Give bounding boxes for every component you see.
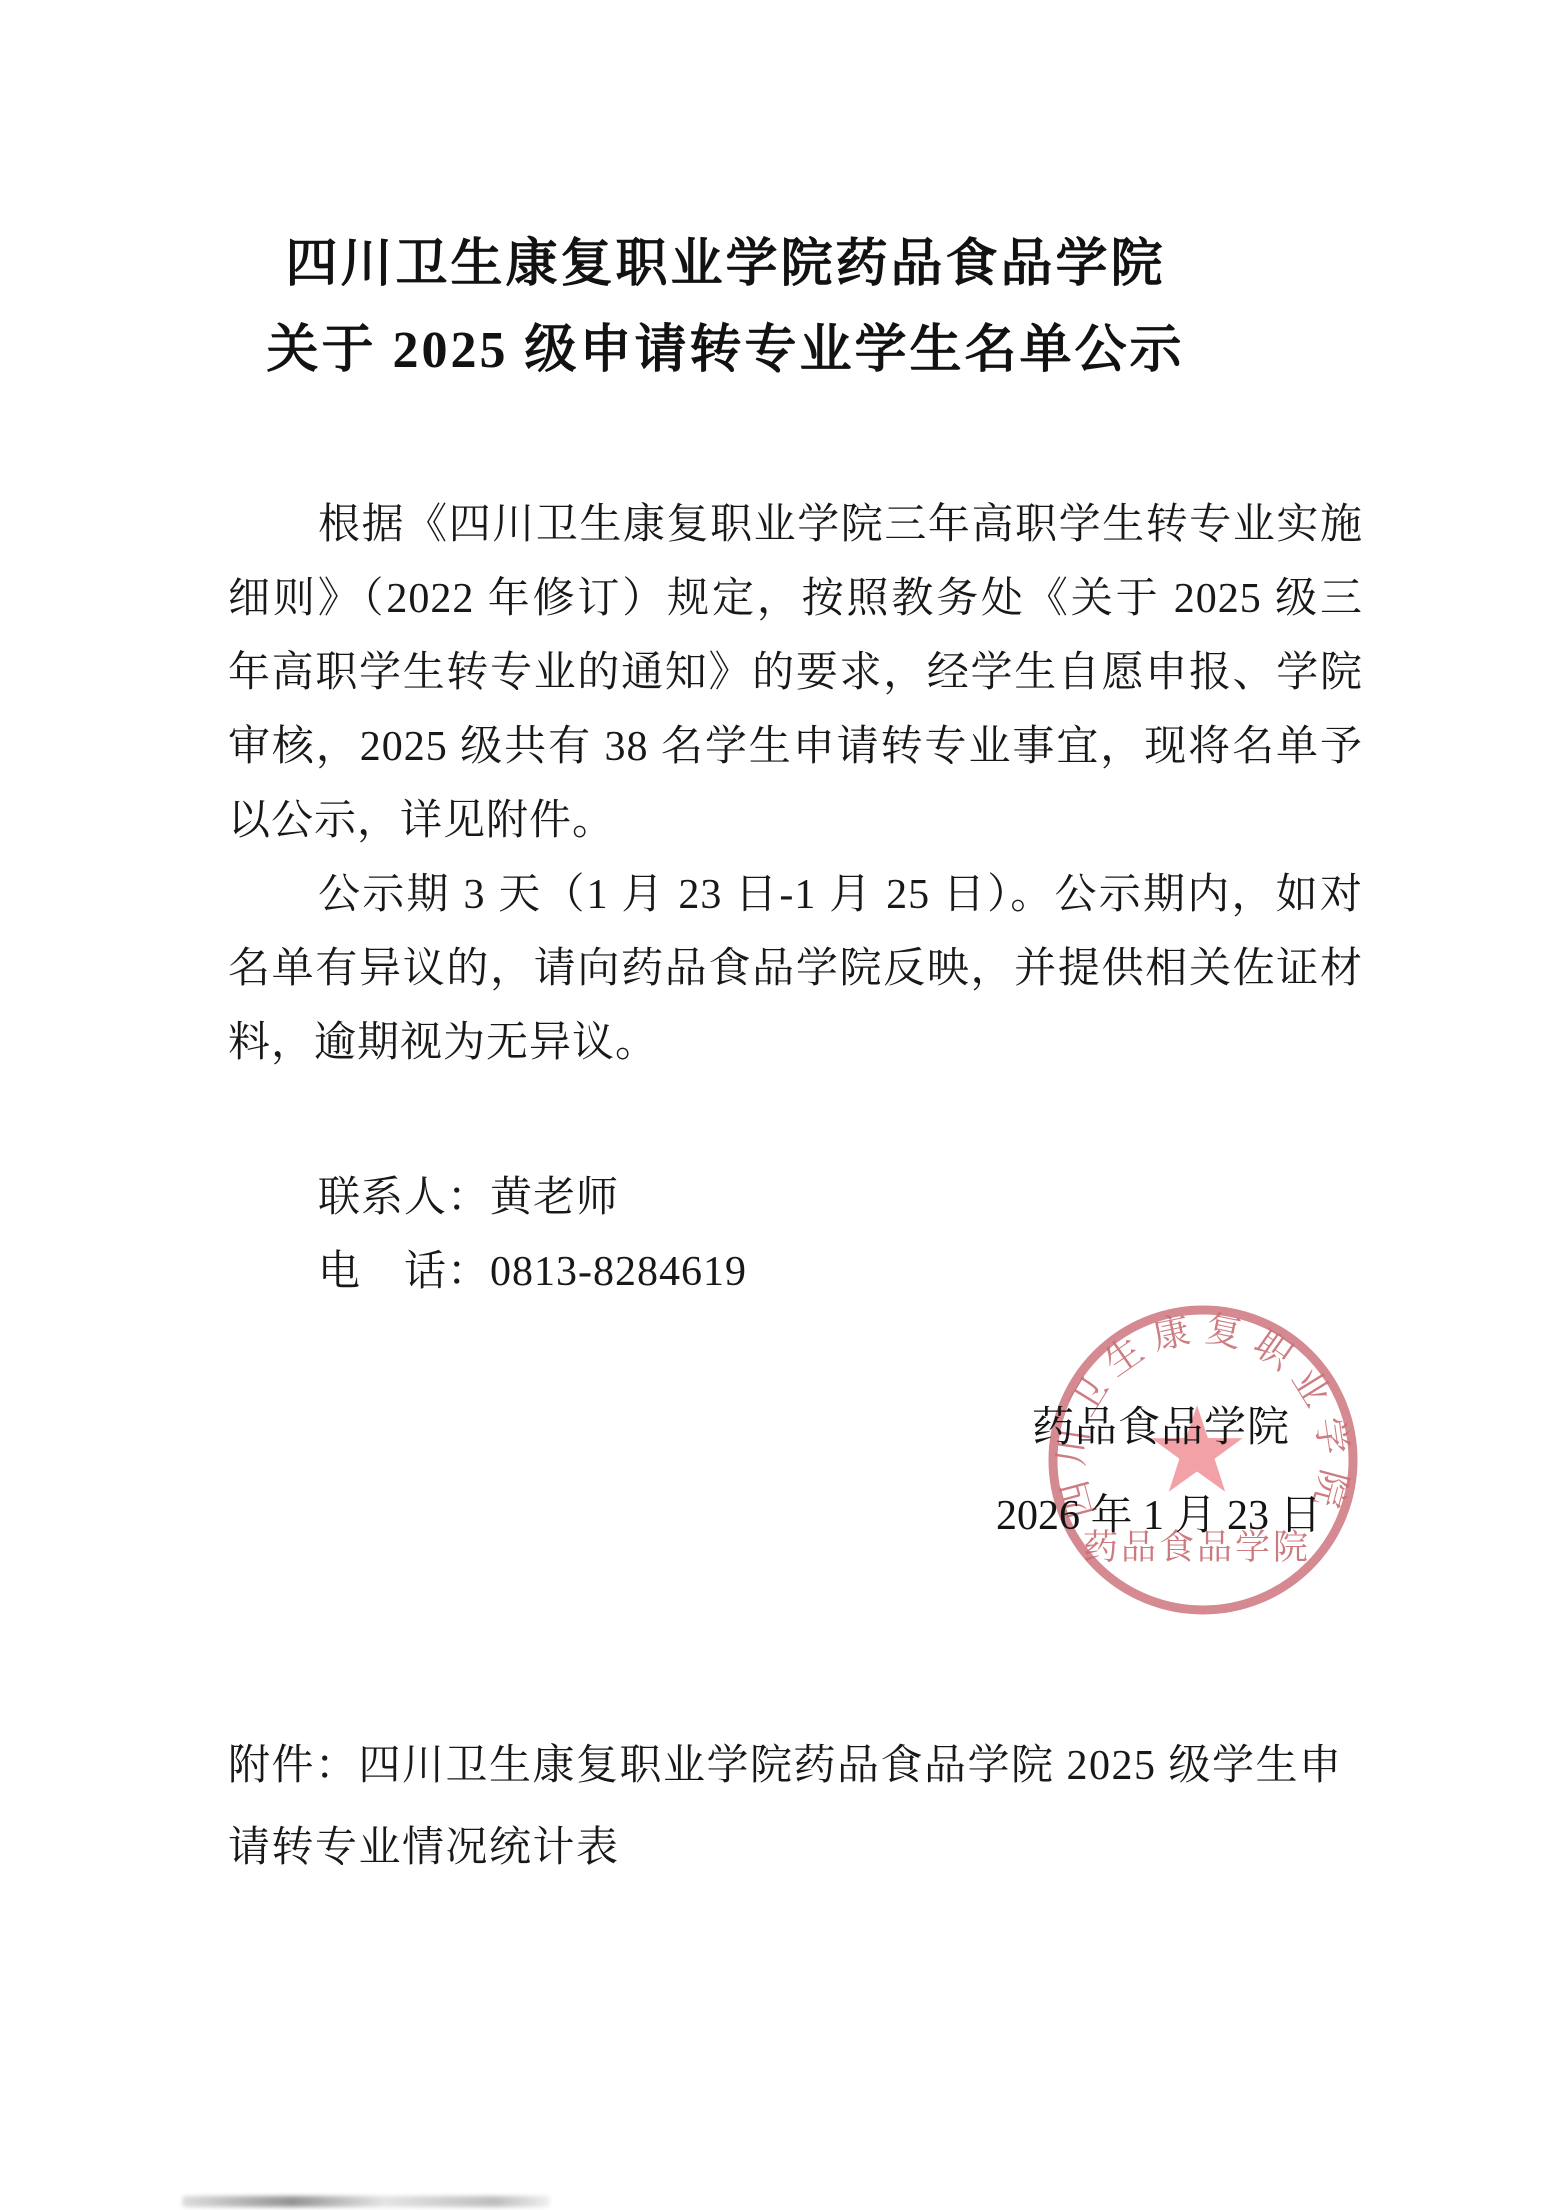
paragraph-2-line: 名单有异议的，请向药品食品学院反映，并提供相关佐证材 (228, 932, 1363, 1006)
attachment-note: 附件：四川卫生康复职业学院药品食品学院 2025 级学生申 请转专业情况统计表 (228, 1725, 1408, 1889)
paragraph-2-line: 料，逾期视为无异议。 (228, 1006, 1363, 1080)
scan-artifact-smudge (182, 2196, 550, 2207)
title-line-1: 四川卫生康复职业学院药品食品学院 (228, 222, 1223, 308)
paragraph-2-line: 公示期 3 天（1 月 23 日-1 月 25 日）。公示期内，如对 (228, 858, 1363, 932)
signature-date: 2026 年 1 月 23 日 (996, 1492, 1322, 1540)
paragraph-1-line: 以公示，详见附件。 (228, 784, 1363, 858)
signature-department: 药品食品学院 (1032, 1404, 1290, 1452)
attachment-line: 请转专业情况统计表 (228, 1807, 1408, 1889)
contact-person: 联系人：黄老师 (228, 1161, 1363, 1235)
paragraph-2: 公示期 3 天（1 月 23 日-1 月 25 日）。公示期内，如对 名单有异议… (228, 858, 1363, 1080)
document-title: 四川卫生康复职业学院药品食品学院 关于 2025 级申请转专业学生名单公示 (228, 222, 1363, 394)
document-page: 四川卫生康复职业学院药品食品学院 关于 2025 级申请转专业学生名单公示 根据… (0, 0, 1546, 2210)
title-line-2: 关于 2025 级申请转专业学生名单公示 (228, 308, 1223, 394)
paragraph-1-line: 年高职学生转专业的通知》的要求，经学生自愿申报、学院 (228, 636, 1363, 710)
contact-info: 联系人：黄老师 电 话：0813-8284619 (228, 1161, 1363, 1309)
paragraph-1: 根据《四川卫生康复职业学院三年高职学生转专业实施 细则》（2022 年修订）规定… (228, 488, 1363, 858)
paragraph-1-line: 审核，2025 级共有 38 名学生申请转专业事宜，现将名单予 (228, 710, 1363, 784)
paragraph-1-line: 细则》（2022 年修订）规定，按照教务处《关于 2025 级三 (228, 562, 1363, 636)
paragraph-1-line: 根据《四川卫生康复职业学院三年高职学生转专业实施 (228, 488, 1363, 562)
official-seal-stamp: 四川卫生康复职业学院 药品食品学院 (1044, 1301, 1362, 1619)
contact-phone: 电 话：0813-8284619 (228, 1235, 1363, 1309)
attachment-line: 附件：四川卫生康复职业学院药品食品学院 2025 级学生申 (228, 1725, 1408, 1807)
